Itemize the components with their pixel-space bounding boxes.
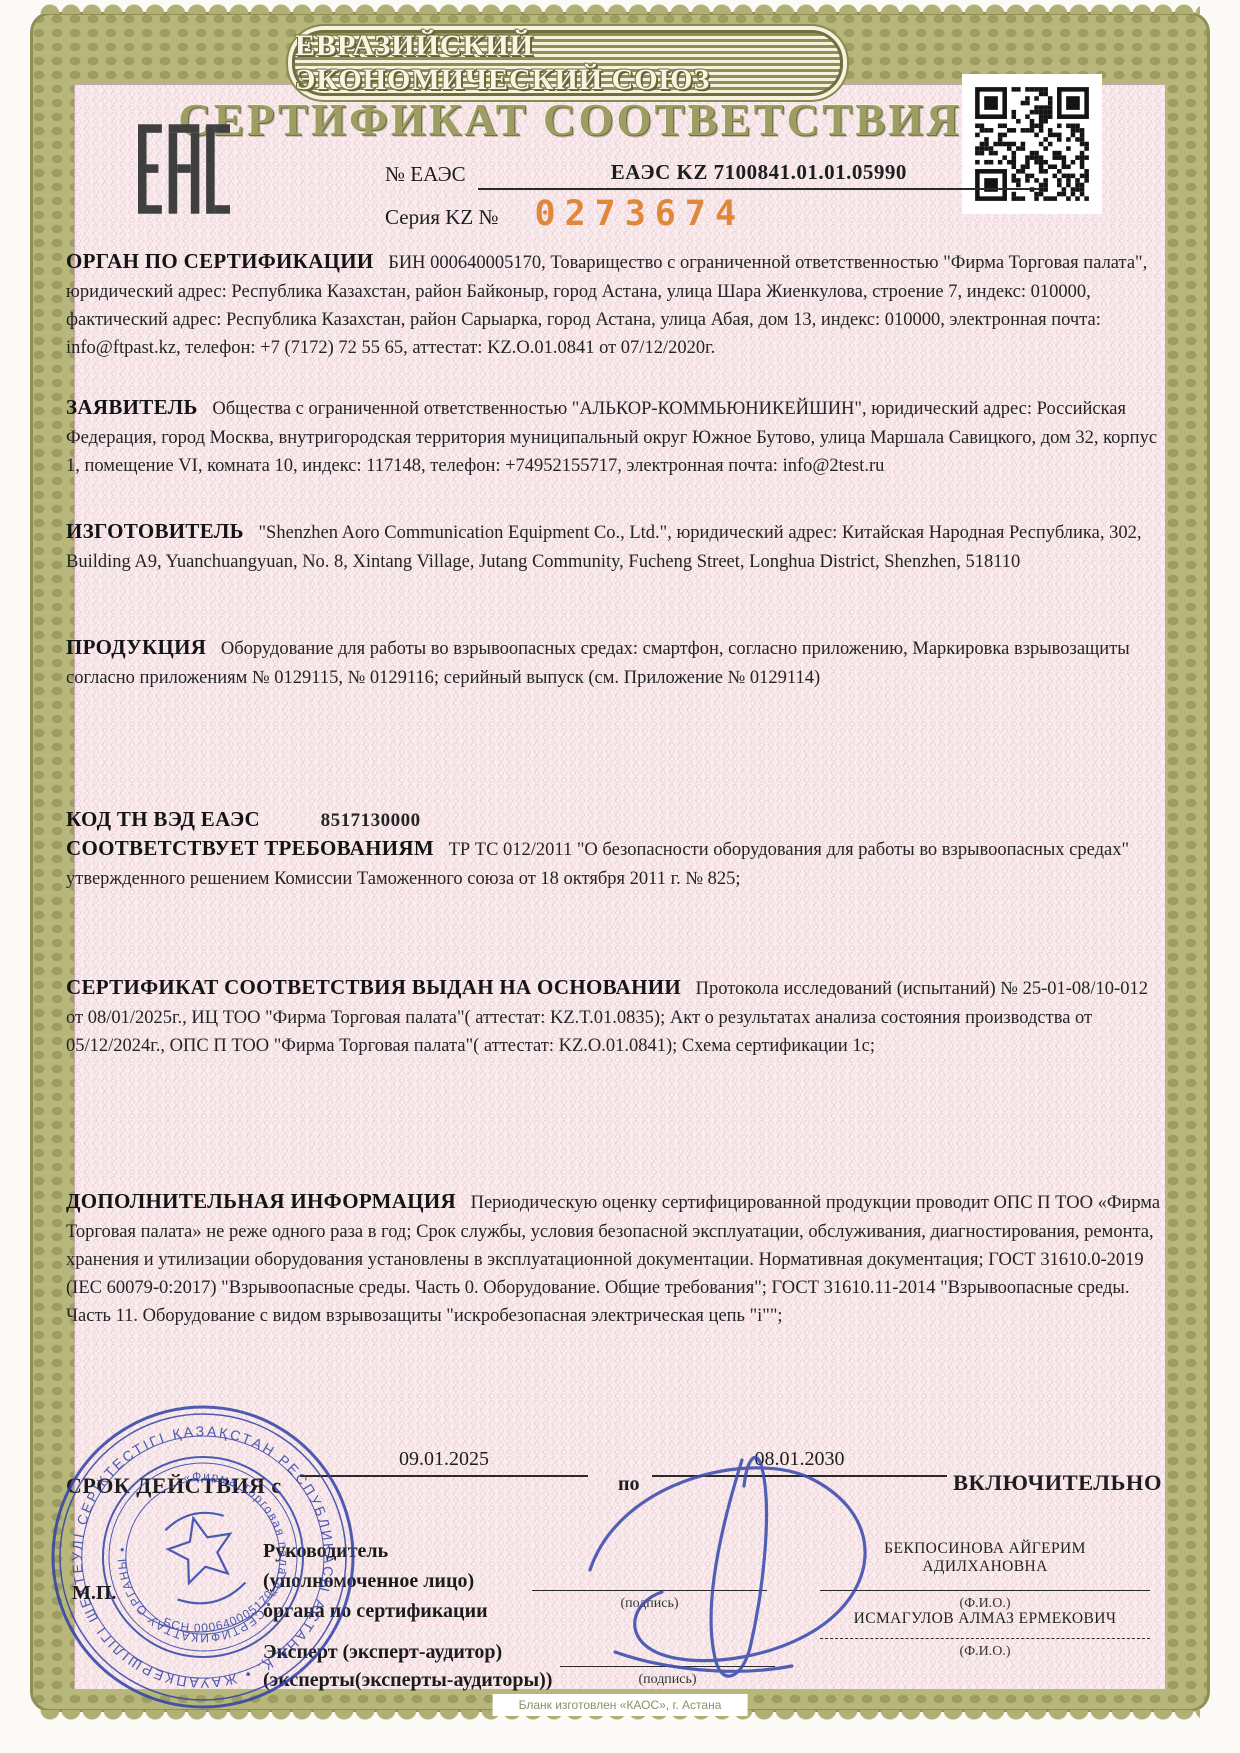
certification-body-stamp: ҚАЗАҚСТАН РЕСПУБЛИКАСЫ АСТАНА Қ. • ЖАУАП…	[48, 1402, 358, 1712]
section-label: ПРОДУКЦИЯ	[66, 635, 206, 659]
cert-number-label: № ЕАЭС	[385, 162, 466, 190]
document-title: СЕРТИФИКАТ СООТВЕТСТВИЯ	[170, 94, 970, 146]
section-label: КОД ТН ВЭД ЕАЭС	[66, 807, 260, 831]
section-text: Оборудование для работы во взрывоопасных…	[66, 639, 1130, 688]
cert-number-value: ЕАЭС KZ 7100841.01.01.05990	[478, 160, 1040, 190]
certificate-page: ЕВРАЗИЙСКИЙ ЭКОНОМИЧЕСКИЙ СОЮЗ СЕРТИФИКА…	[0, 0, 1240, 1753]
series-row: Серия KZ № 0273674	[385, 198, 745, 230]
union-banner-text: ЕВРАЗИЙСКИЙ ЭКОНОМИЧЕСКИЙ СОЮЗ	[295, 29, 840, 97]
series-label: Серия KZ №	[385, 205, 499, 230]
qr-code	[962, 74, 1102, 214]
stamp-emblem-icon	[158, 1506, 248, 1610]
cert-number-row: № ЕАЭС ЕАЭС KZ 7100841.01.01.05990	[385, 160, 1040, 190]
blank-manufacturer-note: Бланк изготовлен «КАОС», г. Астана	[493, 1694, 748, 1716]
svg-text:ҚАЗАҚСТАН РЕСПУБЛИКАСЫ АСТАНА: ҚАЗАҚСТАН РЕСПУБЛИКАСЫ АСТАНА Қ. • ЖАУАП…	[48, 1402, 358, 1712]
handwritten-signature	[520, 1420, 940, 1720]
section-certification-body: ОРГАН ПО СЕРТИФИКАЦИИ БИН 000640005170, …	[66, 246, 1168, 362]
tnved-code-value: 8517130000	[321, 810, 421, 831]
section-issuance-basis: СЕРТИФИКАТ СООТВЕТСТВИЯ ВЫДАН НА ОСНОВАН…	[66, 972, 1168, 1060]
section-label: ЗАЯВИТЕЛЬ	[66, 395, 198, 419]
section-product: ПРОДУКЦИЯ Оборудование для работы во взр…	[66, 632, 1168, 692]
section-tnved-code: КОД ТН ВЭД ЕАЭС 8517130000	[66, 804, 1168, 836]
section-label: СООТВЕТСТВУЕТ ТРЕБОВАНИЯМ	[66, 836, 434, 860]
section-requirements: СООТВЕТСТВУЕТ ТРЕБОВАНИЯМ ТР ТС 012/2011…	[66, 833, 1168, 893]
section-manufacturer: ИЗГОТОВИТЕЛЬ "Shenzhen Aoro Communicatio…	[66, 516, 1168, 576]
stamp-outer-ring-text: ҚАЗАҚСТАН РЕСПУБЛИКАСЫ АСТАНА Қ. • ЖАУАП…	[48, 1402, 358, 1712]
series-value: 0273674	[535, 198, 746, 230]
section-applicant: ЗАЯВИТЕЛЬ Общества с ограниченной ответс…	[66, 392, 1168, 480]
section-additional-info: ДОПОЛНИТЕЛЬНАЯ ИНФОРМАЦИЯ Периодическую …	[66, 1186, 1168, 1330]
union-banner: ЕВРАЗИЙСКИЙ ЭКОНОМИЧЕСКИЙ СОЮЗ	[292, 30, 843, 96]
section-label: СЕРТИФИКАТ СООТВЕТСТВИЯ ВЫДАН НА ОСНОВАН…	[66, 975, 681, 999]
section-text: Общества с ограниченной ответственностью…	[66, 399, 1157, 476]
validity-inclusive: ВКЛЮЧИТЕЛЬНО	[953, 1470, 1162, 1496]
section-label: ОРГАН ПО СЕРТИФИКАЦИИ	[66, 249, 374, 273]
section-label: ДОПОЛНИТЕЛЬНАЯ ИНФОРМАЦИЯ	[66, 1189, 456, 1213]
section-label: ИЗГОТОВИТЕЛЬ	[66, 519, 244, 543]
stamp-place-label: М.П.	[72, 1582, 116, 1605]
eac-mark-icon	[138, 124, 230, 219]
